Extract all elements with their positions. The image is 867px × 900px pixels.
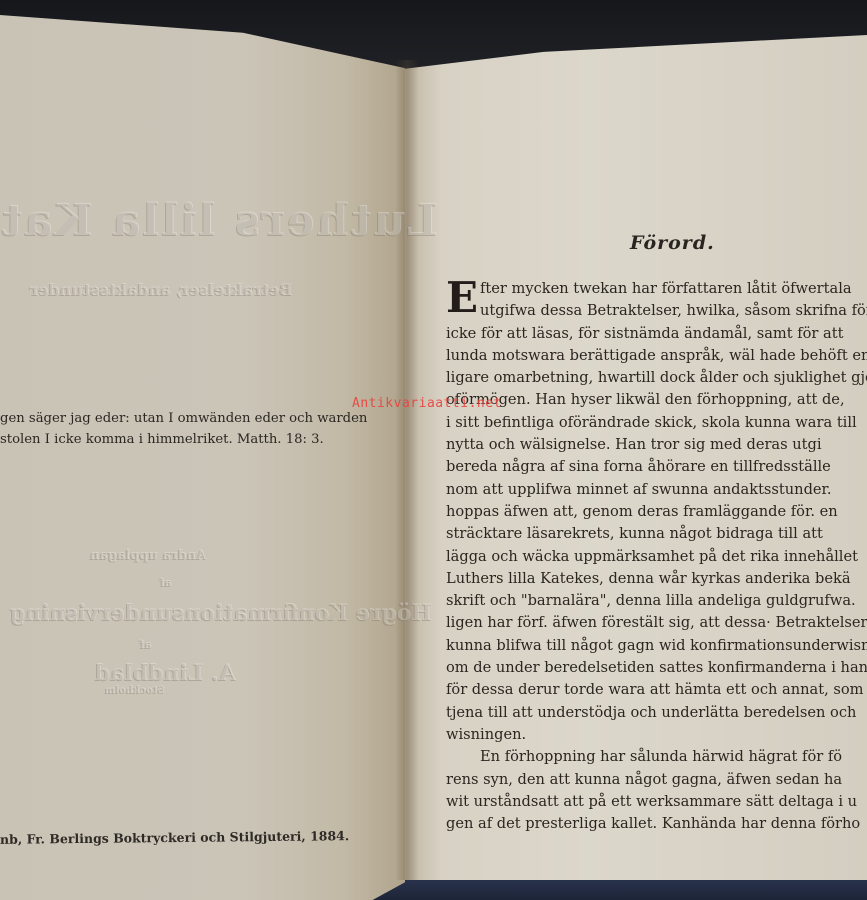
ghost-line: af — [140, 638, 152, 651]
text-line: Luthers lilla Katekes, denna wår kyrkas … — [446, 568, 867, 590]
page-heading: Förord. — [630, 232, 715, 254]
ghost-title-text: Luthers lilla Kat — [0, 195, 438, 246]
text-line: kunna blifwa till något gagn wid konfirm… — [446, 635, 867, 657]
foreword-body: E fter mycken twekan har författaren låt… — [446, 278, 867, 835]
text-line: om de under beredelsetiden sattes konfir… — [446, 657, 867, 679]
text-line: wit urståndsatt att på ett werksammare s… — [446, 791, 867, 813]
text-line: gen af det presterliga kallet. Kanhända … — [446, 813, 867, 835]
text-line: icke för att läsas, för sistnämda ändamå… — [446, 323, 867, 345]
text-line: hoppas äfwen att, genom deras framläggan… — [446, 501, 867, 523]
text-line: tjena till att understödja och underlätt… — [446, 702, 867, 724]
text-line: fter mycken twekan har författaren låtit… — [446, 278, 867, 300]
text-line: lunda motswara berättigade anspråk, wäl … — [446, 345, 867, 367]
ghost-line: af — [160, 576, 172, 589]
ghost-line: A. Lindblad — [95, 660, 236, 686]
text-line: för dessa derur torde wara att hämta ett… — [446, 679, 867, 701]
ghost-line: Högre Konfirmationsundervisning — [10, 600, 432, 626]
text-line: ligare omarbetning, hwartill dock ålder … — [446, 367, 867, 389]
ghost-line: Stockholm — [105, 685, 165, 696]
text-line: ligen har förf. äfwen förestält sig, att… — [446, 612, 867, 634]
text-line: lägga och wäcka uppmärksamhet på det rik… — [446, 546, 867, 568]
text-line: nom att upplifwa minnet af swunna andakt… — [446, 479, 867, 501]
watermark-text: Antikvariaatti.net — [352, 396, 502, 411]
ghost-line: Andra upplagan — [90, 548, 206, 563]
text-line: sträcktare läsarekrets, kunna något bidr… — [446, 523, 867, 545]
text-line: utgifwa dessa Betraktelser, hwilka, såso… — [446, 300, 867, 322]
text-line: wisningen. — [446, 724, 867, 746]
scripture-line: gen säger jag eder: utan I omwänden eder… — [0, 408, 380, 429]
scripture-quote: gen säger jag eder: utan I omwänden eder… — [0, 408, 380, 450]
drop-cap: E — [446, 280, 478, 316]
left-page — [0, 15, 405, 900]
text-line: skrift och "barnalära", denna lilla ande… — [446, 590, 867, 612]
text-line: rens syn, den att kunna något gagna, äfw… — [446, 769, 867, 791]
text-line: En förhoppning har sålunda härwid hägrat… — [446, 746, 867, 768]
text-line: bereda några af sina forna åhörare en ti… — [446, 456, 867, 478]
text-line: nytta och wälsignelse. Han tror sig med … — [446, 434, 867, 456]
text-line: i sitt befintliga oförändrade skick, sko… — [446, 412, 867, 434]
scripture-line: stolen I icke komma i himmelriket. Matth… — [0, 429, 380, 450]
text-line: oförmögen. Han hyser likwäl den förhoppn… — [446, 389, 867, 411]
ghost-subtitle-text: Betraktelser, andaktsstunder — [30, 280, 293, 299]
book-gutter — [395, 60, 419, 880]
